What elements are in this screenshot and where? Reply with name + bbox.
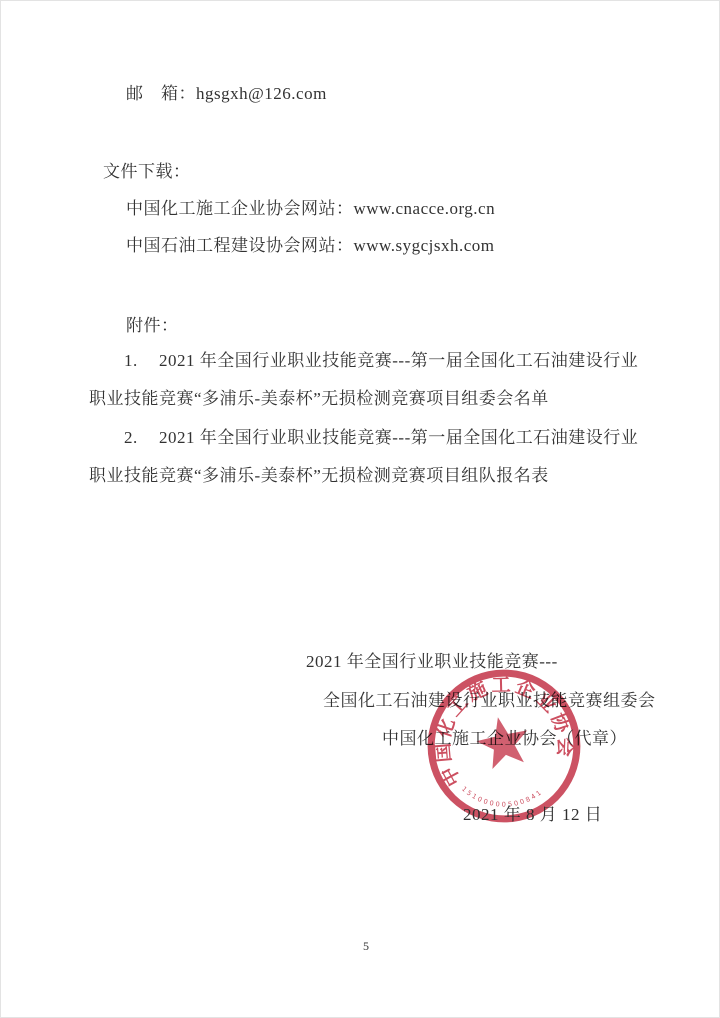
download-link-cnacce: 中国化工施工企业协会网站：www.cnacce.org.cn	[126, 194, 495, 219]
attachment-item-2-line-2: 职业技能竞赛“多浦乐-美泰杯”无损检测竞赛项目组队报名表	[89, 461, 549, 486]
attachment-item-1-line-2: 职业技能竞赛“多浦乐-美泰杯”无损检测竞赛项目组委会名单	[89, 384, 549, 409]
download-link-sygcjsxh: 中国石油工程建设协会网站：www.sygcjsxh.com	[126, 231, 495, 256]
email-line: 邮 箱：hgsgxh@126.com	[126, 79, 327, 104]
document-page: 邮 箱：hgsgxh@126.com 文件下载： 中国化工施工企业协会网站：ww…	[0, 0, 720, 1018]
attachment-item-2-text: 2021 年全国行业职业技能竞赛---第一届全国化工石油建设行业	[159, 428, 638, 447]
page-number: 5	[363, 939, 369, 954]
attachment-item-1-text: 2021 年全国行业职业技能竞赛---第一届全国化工石油建设行业	[159, 351, 638, 370]
downloads-heading: 文件下载：	[103, 157, 191, 182]
signature-date: 2021 年 8 月 12 日	[463, 800, 602, 825]
attachment-item-2-number: 2.	[124, 428, 159, 448]
attachment-item-1-line-1: 1.2021 年全国行业职业技能竞赛---第一届全国化工石油建设行业	[124, 346, 638, 371]
attachment-item-1-number: 1.	[124, 351, 159, 371]
attachment-item-2-line-1: 2.2021 年全国行业职业技能竞赛---第一届全国化工石油建设行业	[124, 423, 638, 448]
attachments-heading: 附件：	[126, 311, 179, 336]
seal-star-icon	[472, 712, 533, 771]
